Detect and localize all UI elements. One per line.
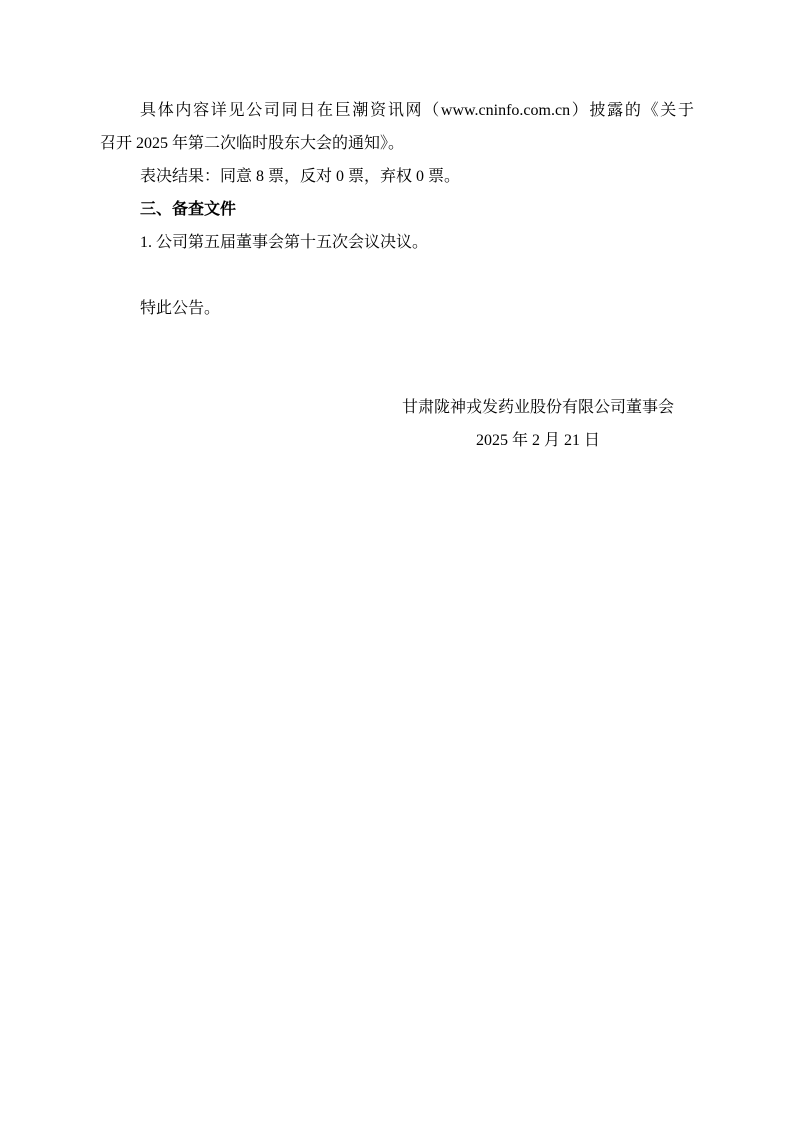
blank-lines	[100, 325, 694, 391]
vote-result-text: 表决结果：同意 8 票，反对 0 票，弃权 0 票。	[100, 160, 694, 193]
signature-date: 2025 年 2 月 21 日	[476, 424, 600, 457]
closing-statement: 特此公告。	[100, 292, 694, 325]
signature-block: 甘肃陇神戎发药业股份有限公司董事会 2025 年 2 月 21 日	[402, 391, 674, 457]
disclosure-paragraph-line-1: 具体内容详见公司同日在巨潮资讯网（www.cninfo.com.cn）披露的《关…	[100, 94, 694, 127]
disclosure-paragraph-line-2: 召开 2025 年第二次临时股东大会的通知》。	[100, 127, 694, 160]
signature-company-board: 甘肃陇神戎发药业股份有限公司董事会	[402, 391, 674, 424]
section-heading-reference-documents: 三、备查文件	[100, 193, 694, 226]
reference-document-item: 1. 公司第五届董事会第十五次会议决议。	[100, 226, 694, 259]
blank-line	[100, 259, 694, 292]
announcement-page: 具体内容详见公司同日在巨潮资讯网（www.cninfo.com.cn）披露的《关…	[0, 0, 794, 1122]
